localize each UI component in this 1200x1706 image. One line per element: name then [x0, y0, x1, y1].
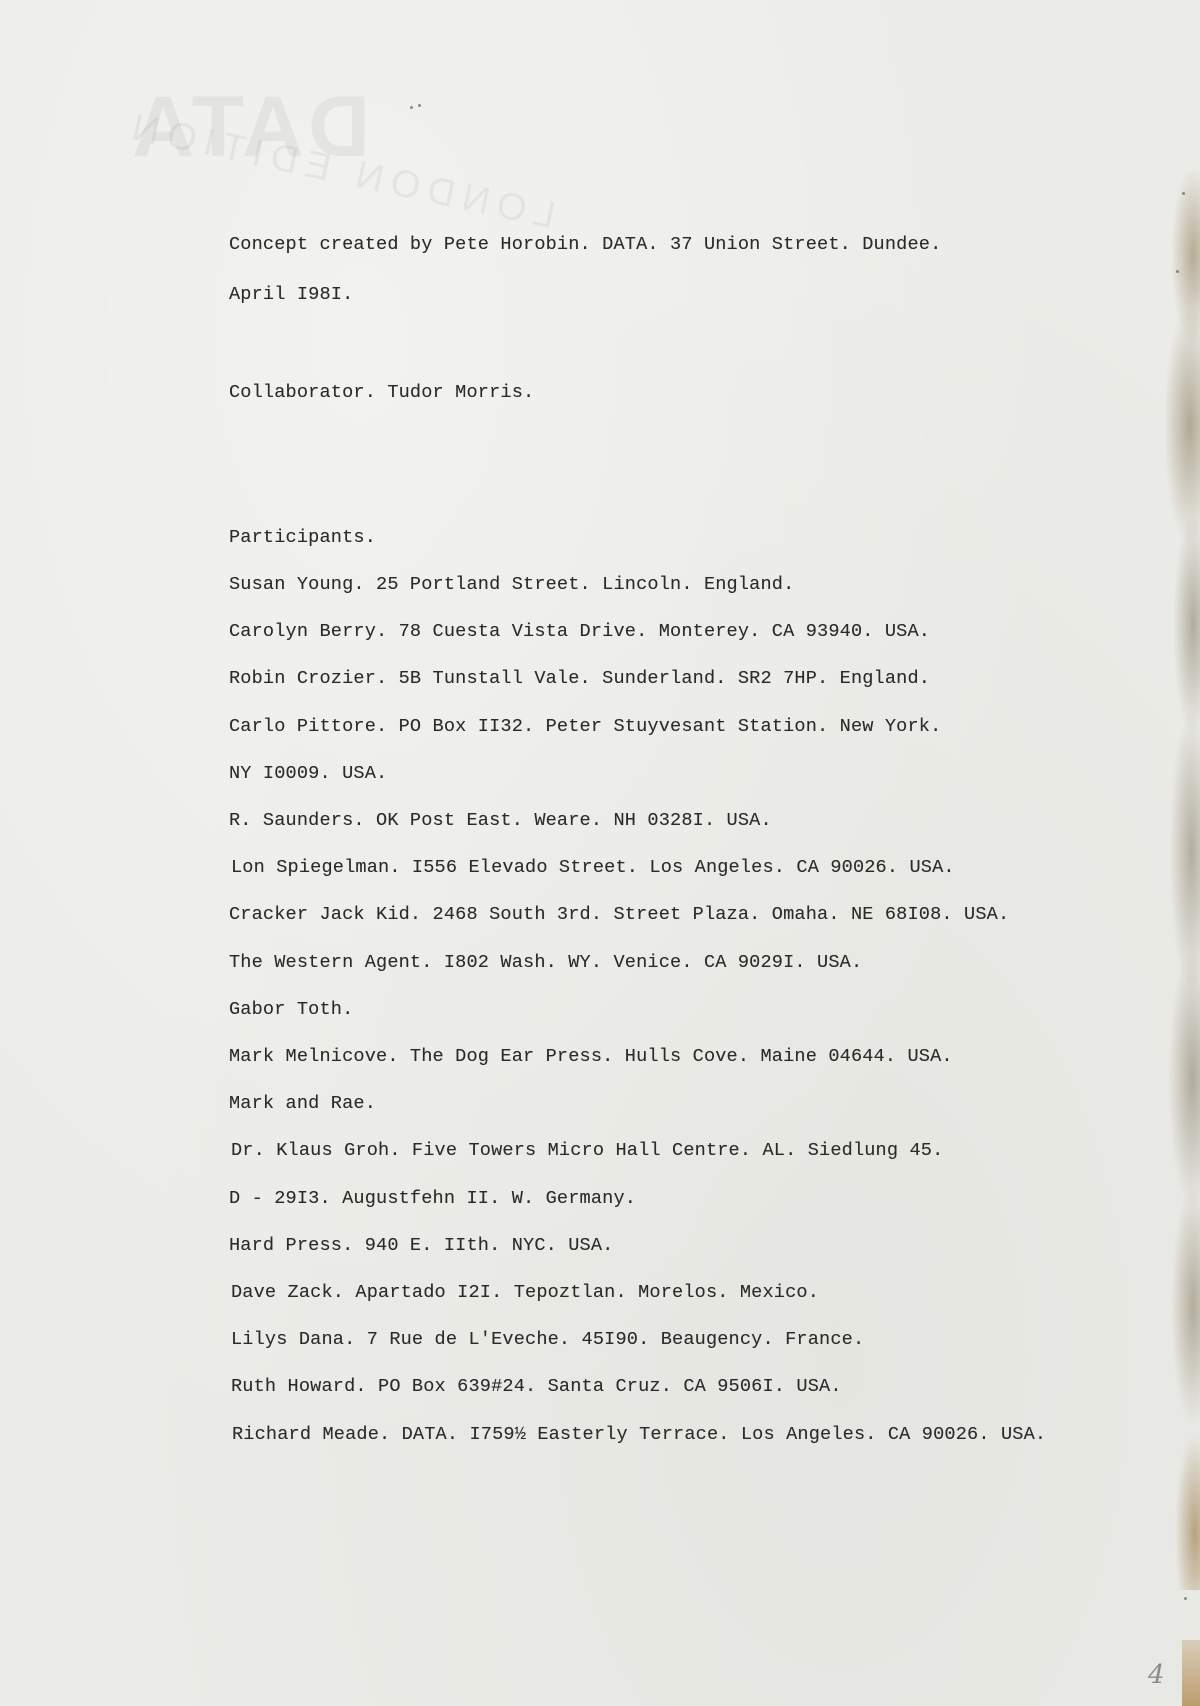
reverse-side-showthrough-title: DATA [128, 78, 370, 177]
ink-speck [418, 104, 421, 107]
typewritten-page: DATA LONDON EDITION Concept created by P… [0, 0, 1200, 1706]
ink-speck [1184, 1597, 1187, 1600]
participant-entry: Dave Zack. Apartado I2I. Tepoztlan. More… [231, 1282, 819, 1303]
participant-entry: Hard Press. 940 E. IIth. NYC. USA. [229, 1235, 613, 1256]
participant-entry: The Western Agent. I802 Wash. WY. Venice… [229, 952, 862, 973]
ink-speck [1182, 192, 1185, 195]
concept-credit-line: Concept created by Pete Horobin. DATA. 3… [229, 234, 941, 255]
participant-entry: Lon Spiegelman. I556 Elevado Street. Los… [231, 857, 955, 878]
date-line: April I98I. [229, 284, 353, 305]
participant-entry: R. Saunders. OK Post East. Weare. NH 032… [229, 810, 772, 831]
participant-entry: D - 29I3. Augustfehn II. W. Germany. [229, 1188, 636, 1209]
participant-entry: Mark and Rae. [229, 1093, 376, 1114]
participant-entry: Carlo Pittore. PO Box II32. Peter Stuyve… [229, 716, 941, 737]
ink-speck [410, 106, 413, 109]
collaborator-line: Collaborator. Tudor Morris. [229, 382, 534, 403]
participant-entry: Ruth Howard. PO Box 639#24. Santa Cruz. … [231, 1376, 842, 1397]
participant-entry: Gabor Toth. [229, 999, 353, 1020]
ink-speck [1176, 270, 1179, 273]
participant-entry: Robin Crozier. 5B Tunstall Vale. Sunderl… [229, 668, 930, 689]
participant-entry: Carolyn Berry. 78 Cuesta Vista Drive. Mo… [229, 621, 930, 642]
handwritten-page-number: 4 [1148, 1660, 1165, 1690]
participant-entry: Dr. Klaus Groh. Five Towers Micro Hall C… [231, 1140, 943, 1161]
participant-entry: Lilys Dana. 7 Rue de L'Eveche. 45I90. Be… [231, 1329, 864, 1350]
participant-entry: Mark Melnicove. The Dog Ear Press. Hulls… [229, 1046, 953, 1067]
participant-entry: Susan Young. 25 Portland Street. Lincoln… [229, 574, 794, 595]
participant-entry: Richard Meade. DATA. I759½ Easterly Terr… [232, 1424, 1046, 1445]
water-stain [1166, 170, 1200, 1590]
participants-heading: Participants. [229, 527, 376, 548]
reverse-side-showthrough-subtitle: LONDON EDITION [120, 105, 559, 238]
participant-entry: Cracker Jack Kid. 2468 South 3rd. Street… [229, 904, 1009, 925]
water-stain-bottom [1182, 1640, 1200, 1706]
participant-entry: NY I0009. USA. [229, 763, 387, 784]
